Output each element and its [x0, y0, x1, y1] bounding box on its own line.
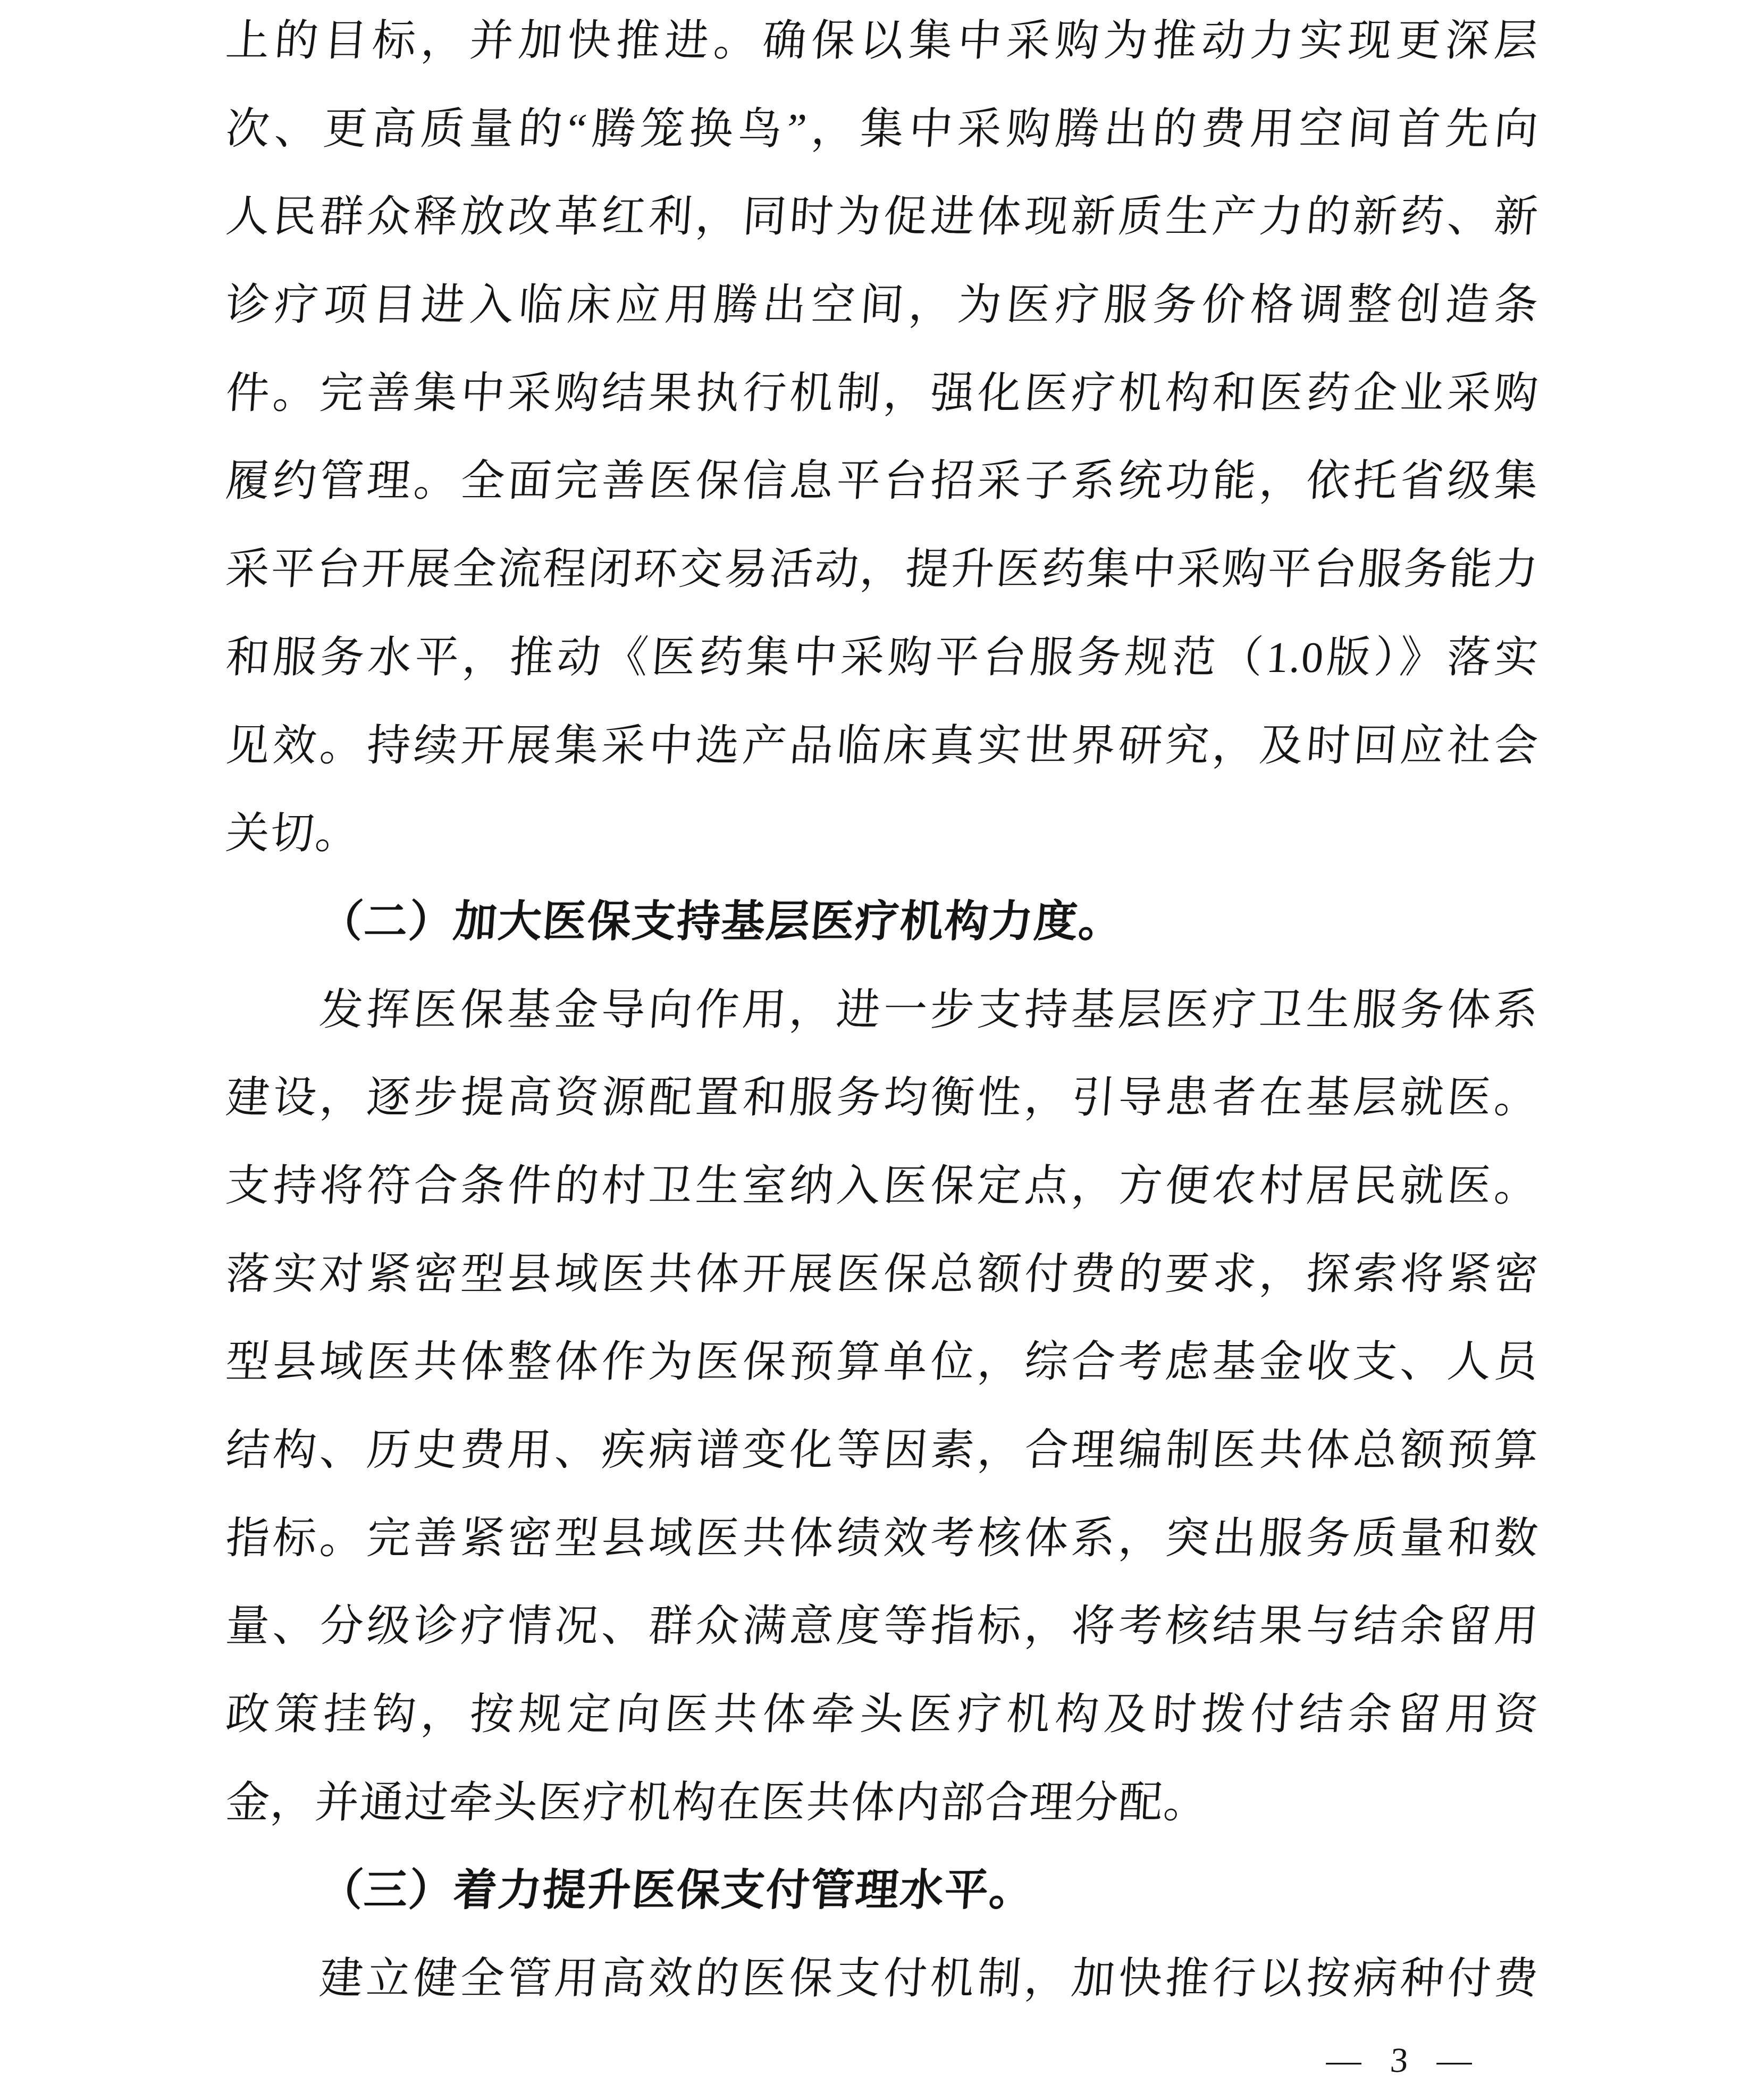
text-line: 上的目标，并加快推进。确保以集中采购为推动力实现更深层	[223, 0, 1542, 85]
text-line: 见效。持续开展集采中选产品临床真实世界研究，及时回应社会	[223, 702, 1542, 790]
text-line: 指标。完善紧密型县域医共体绩效考核体系，突出服务质量和数	[223, 1494, 1542, 1583]
text-line: 政策挂钩，按规定向医共体牵头医疗机构及时拨付结余留用资	[223, 1670, 1542, 1759]
text-line: 关切。	[223, 789, 1542, 878]
text-column: 上的目标，并加快推进。确保以集中采购为推动力实现更深层次、更高质量的“腾笼换鸟”…	[226, 0, 1539, 2023]
text-line: 次、更高质量的“腾笼换鸟”，集中采购腾出的费用空间首先向	[223, 85, 1542, 173]
text-line: 履约管理。全面完善医保信息平台招采子系统功能，依托省级集	[223, 437, 1542, 525]
document-page: 上的目标，并加快推进。确保以集中采购为推动力实现更深层次、更高质量的“腾笼换鸟”…	[0, 0, 1758, 2100]
text-line: 量、分级诊疗情况、群众满意度等指标，将考核结果与结余留用	[223, 1582, 1542, 1670]
section-heading: （二）加大医保支持基层医疗机构力度。	[223, 878, 1542, 966]
text-line: 型县域医共体整体作为医保预算单位，综合考虑基金收支、人员	[223, 1318, 1542, 1406]
section-heading: （三）着力提升医保支付管理水平。	[223, 1846, 1542, 1935]
text-line: 诊疗项目进入临床应用腾出空间，为医疗服务价格调整创造条	[223, 261, 1542, 349]
text-line: 落实对紧密型县域医共体开展医保总额付费的要求，探索将紧密	[223, 1230, 1542, 1318]
text-line: 件。完善集中采购结果执行机制，强化医疗机构和医药企业采购	[223, 349, 1542, 438]
text-line: 采平台开展全流程闭环交易活动，提升医药集中采购平台服务能力	[223, 525, 1542, 614]
text-line: 建设，逐步提高资源配置和服务均衡性，引导患者在基层就医。	[223, 1054, 1542, 1142]
text-line: 建立健全管用高效的医保支付机制，加快推行以按病种付费	[223, 1935, 1542, 2023]
page-number: — 3 —	[1325, 2040, 1475, 2081]
text-line: 发挥医保基金导向作用，进一步支持基层医疗卫生服务体系	[223, 966, 1542, 1054]
text-line: 支持将符合条件的村卫生室纳入医保定点，方便农村居民就医。	[223, 1142, 1542, 1230]
text-line: 金，并通过牵头医疗机构在医共体内部合理分配。	[223, 1759, 1542, 1847]
text-line: 结构、历史费用、疾病谱变化等因素，合理编制医共体总额预算	[223, 1406, 1542, 1494]
text-line: 和服务水平，推动《医药集中采购平台服务规范（1.0版）》落实	[223, 614, 1542, 702]
text-line: 人民群众释放改革红利，同时为促进体现新质生产力的新药、新	[223, 173, 1542, 261]
